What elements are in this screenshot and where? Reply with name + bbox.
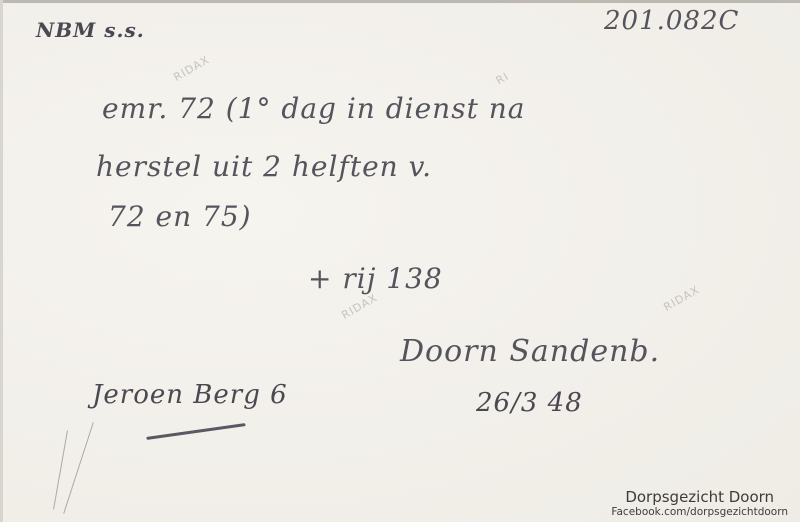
card-top-edge bbox=[0, 0, 800, 3]
credit-title: Dorpsgezicht Doorn bbox=[611, 489, 788, 506]
header-left-note: NBM s.s. bbox=[36, 18, 145, 42]
pencil-mark bbox=[53, 431, 68, 510]
credit-link: Facebook.com/dorpsgezichtdoorn bbox=[611, 506, 788, 518]
catalog-number: 201.082C bbox=[604, 6, 739, 36]
note-line-2: herstel uit 2 helften v. bbox=[96, 150, 432, 183]
photo-card-back: RIDAX RI RIDAX RIDAX NBM s.s. 201.082C e… bbox=[0, 0, 800, 522]
ridax-watermark: RIDAX bbox=[171, 53, 211, 84]
location-line: Doorn Sandenb. bbox=[400, 334, 660, 369]
signature: Jeroen Berg 6 bbox=[92, 380, 288, 410]
pencil-mark bbox=[63, 422, 94, 514]
note-line-1: emr. 72 (1° dag in dienst na bbox=[102, 92, 525, 125]
ridax-watermark: RI bbox=[494, 70, 512, 88]
card-left-edge bbox=[0, 0, 3, 522]
ridax-watermark: RIDAX bbox=[661, 283, 701, 314]
signature-underline bbox=[146, 423, 245, 440]
source-credit: Dorpsgezicht Doorn Facebook.com/dorpsgez… bbox=[611, 489, 788, 518]
ridax-watermark: RIDAX bbox=[339, 291, 379, 322]
date-line: 26/3 48 bbox=[476, 388, 583, 418]
note-line-3: 72 en 75) bbox=[108, 200, 252, 233]
note-line-4: + rij 138 bbox=[308, 262, 443, 295]
